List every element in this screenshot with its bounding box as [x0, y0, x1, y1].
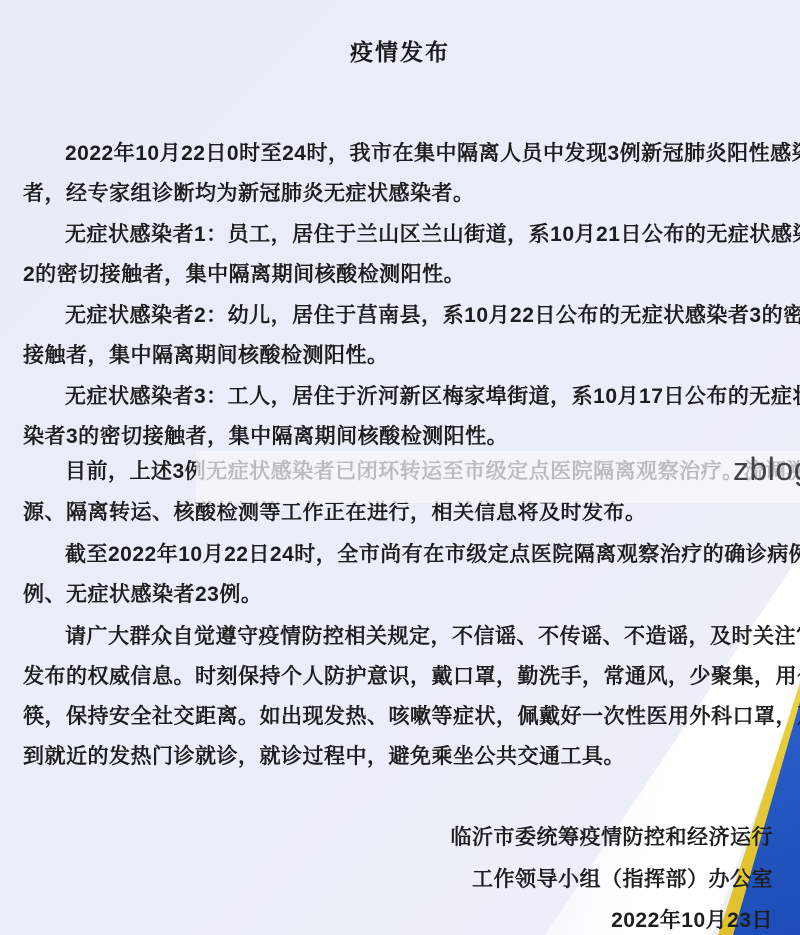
watermark-text: zblog — [733, 451, 800, 488]
body-line: 筷，保持安全社交距离。如出现发热、咳嗽等症状，佩戴好一次性医用外科口罩，及时 — [23, 704, 783, 729]
body-line: 截至2022年10月22日24时，全市尚有在市级定点医院隔离观察治疗的确诊病例1 — [23, 542, 800, 567]
signature-line-date: 2022年10月23日 — [611, 904, 773, 934]
body-line: 2022年10月22日0时至24时，我市在集中隔离人员中发现3例新冠肺炎阳性感染 — [23, 141, 800, 166]
body-line: 到就近的发热门诊就诊，就诊过程中，避免乘坐公共交通工具。 — [23, 744, 783, 769]
body-line: 染者3的密切接触者，集中隔离期间核酸检测阳性。 — [23, 424, 783, 449]
body-line: 源、隔离转运、核酸检测等工作正在进行，相关信息将及时发布。 — [23, 500, 783, 525]
signature-line-office: 工作领导小组（指挥部）办公室 — [472, 863, 773, 893]
body-line: 无症状感染者2：幼儿，居住于莒南县，系10月22日公布的无症状感染者3的密切 — [23, 303, 800, 328]
page-title: 疫情发布 — [0, 34, 800, 67]
body-line: 接触者，集中隔离期间核酸检测阳性。 — [23, 343, 783, 368]
body-line: 者，经专家组诊断均为新冠肺炎无症状感染者。 — [23, 181, 783, 206]
notice-page: 疫情发布 2022年10月22日0时至24时，我市在集中隔离人员中发现3例新冠肺… — [0, 0, 800, 935]
watermark-overlay-box — [196, 451, 800, 503]
body-line: 无症状感染者3：工人，居住于沂河新区梅家埠街道，系10月17日公布的无症状感 — [23, 384, 800, 409]
body-line: 发布的权威信息。时刻保持个人防护意识，戴口罩，勤洗手，常通风，少聚集，用公 — [23, 664, 783, 689]
body-line: 无症状感染者1：员工，居住于兰山区兰山街道，系10月21日公布的无症状感染者 — [23, 222, 800, 247]
signature-line-issuer: 临沂市委统筹疫情防控和经济运行 — [451, 821, 774, 851]
body-line: 2的密切接触者，集中隔离期间核酸检测阳性。 — [23, 262, 783, 287]
body-line: 请广大群众自觉遵守疫情防控相关规定，不信谣、不传谣、不造谣，及时关注官方 — [23, 624, 800, 649]
body-line: 例、无症状感染者23例。 — [23, 582, 783, 607]
